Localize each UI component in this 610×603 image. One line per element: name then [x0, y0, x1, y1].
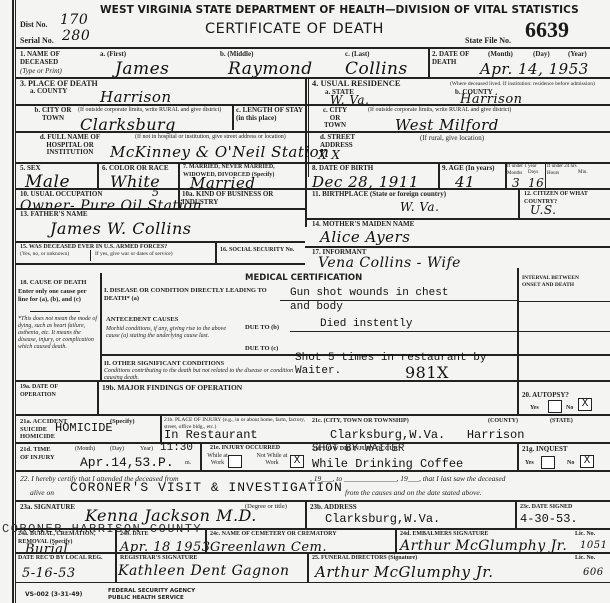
residence-note: (Where deceased lived. If institution: r…: [450, 81, 600, 88]
day-label: (Day): [533, 51, 550, 59]
divider: [15, 470, 610, 472]
divider: [15, 552, 610, 554]
how-overtype: SHOT BY WAITER: [312, 443, 404, 455]
funeral-lic-label: Lic. No.: [575, 555, 595, 563]
not-while-at-work-checkbox[interactable]: X: [290, 455, 304, 468]
cert-statement-2b: from the causes and on the date stated a…: [345, 489, 482, 497]
cause-a: Gun shot wounds in chest: [290, 287, 448, 299]
divider: [395, 528, 397, 552]
street: X X: [318, 148, 340, 162]
cause-note: *This does not mean the mode of dying, s…: [18, 316, 98, 351]
divider: [15, 414, 610, 416]
registrar-signature: Kathleen Dent Gagnon: [118, 563, 290, 579]
funeral-lic: 606: [583, 567, 604, 578]
divider: [115, 528, 117, 583]
date-of-death-label: 2. DATE OF DEATH: [432, 51, 472, 66]
divider: [178, 188, 180, 208]
divider: [15, 500, 610, 502]
not-while-at-work-label: Not While at Work: [256, 453, 288, 466]
injury-type: HOMICIDE: [55, 421, 113, 435]
disease-label: I. DISEASE OR CONDITION DIRECTLY LEADING…: [104, 287, 294, 302]
antecedent-note: Morbid conditions, if any, giving rise t…: [106, 326, 236, 340]
due-to-c-label: DUE TO (c): [245, 345, 278, 353]
injury-county-label: (COUNTY): [488, 418, 518, 426]
first-name: James: [115, 59, 169, 79]
divider: [307, 552, 309, 582]
while-at-work-label: While at Work: [205, 453, 230, 466]
name-sublabel: (Type or Print): [20, 68, 62, 76]
inquest-yes-label: Yes: [525, 460, 534, 468]
armed-forces-sub2: If yes, give war or dates of service): [95, 251, 173, 258]
birthplace-label: 11. BIRTHPLACE (State or foreign country…: [312, 191, 446, 199]
inquest-label: 21g. INQUEST: [522, 446, 568, 454]
dist-no: 170: [60, 12, 88, 28]
divider: [517, 301, 610, 302]
divider: [15, 241, 305, 243]
divider: [97, 380, 99, 414]
date-received-label: DATE REC'D BY LOCAL REG.: [18, 555, 113, 563]
residence-label: 4. USUAL RESIDENCE: [312, 80, 401, 88]
page-title: CERTIFICATE OF DEATH: [205, 21, 384, 37]
citizen: U.S.: [530, 203, 556, 217]
how-injury-occurred: While Drinking Coffee: [312, 457, 463, 471]
cause-b: Died instently: [320, 318, 412, 330]
city-note: (If outside corporate limits, write RURA…: [78, 107, 228, 114]
agency-title: WEST VIRGINIA STATE DEPARTMENT OF HEALTH…: [100, 4, 579, 16]
form-number: VS-002 (3-31-49): [25, 591, 82, 599]
address-label: 23b. ADDRESS: [310, 504, 357, 512]
divider: [290, 331, 517, 332]
divider: [15, 131, 610, 133]
business-label: 10a. KIND OF BUSINESS OR INDUSTRY: [182, 191, 302, 206]
street-note: (If rural, give location): [420, 135, 484, 142]
burial-date-label: 24b. DATE: [120, 531, 149, 539]
injury-place: In Restaurant: [164, 428, 258, 442]
cert-statement-2a: alive on: [30, 489, 54, 497]
father-label: 13. FATHER'S NAME: [20, 211, 88, 219]
funeral-director-label: 25. FUNERAL DIRECTORS (Signature): [312, 555, 417, 563]
divider: [15, 263, 305, 265]
last-label: c. (Last): [345, 51, 370, 59]
while-at-work-checkbox[interactable]: [228, 455, 242, 468]
time-year-label: Year): [140, 446, 153, 453]
attended-overtype: CORONER'S VISIT & INVESTIGATION: [70, 480, 343, 495]
embalmer-lic-label: Lic. No.: [575, 531, 595, 539]
dob-label: 8. DATE OF BIRTH: [312, 165, 373, 173]
autopsy-no-label: No: [566, 405, 573, 413]
registrar-signature-label: REGISTRAR'S SIGNATURE: [120, 555, 197, 563]
divider: [15, 582, 610, 583]
serial-label: Serial No.: [20, 37, 54, 45]
mother: Alice Ayers: [320, 228, 410, 246]
res-city-note: (If outside corporate limits, write RURA…: [368, 107, 511, 114]
time-suffix: m.: [185, 460, 191, 467]
state-file-label: State File No.: [465, 37, 511, 45]
armed-forces-sub1: (Yes, no, or unknown): [20, 251, 69, 258]
divider: [100, 273, 102, 380]
divider: [15, 47, 610, 49]
autopsy-no-checkbox[interactable]: X: [578, 398, 592, 411]
year-label: (Year): [568, 51, 587, 59]
street-label: d. STREET ADDRESS: [320, 134, 370, 149]
time-day-label: (Day): [110, 446, 124, 453]
hours-label: If under 24 hrs Hours: [547, 164, 579, 177]
inquest-yes-checkbox[interactable]: [541, 456, 555, 469]
divider: [15, 380, 610, 382]
injury-location: Clarksburg,W.Va. Harrison: [330, 428, 524, 442]
injury-type-specify: (Specify): [110, 418, 135, 426]
divider: [438, 162, 440, 188]
left-border-inner: [15, 0, 16, 603]
cemetery-label: 24c. NAME OF CEMETERY OR CREMATORY: [210, 531, 337, 539]
time-label: 21d. TIME OF INJURY: [20, 446, 60, 461]
address: Clarksburg,W.Va.: [325, 512, 440, 526]
divider: [15, 104, 610, 106]
stay-label: c. LENGTH OF STAY (in this place): [236, 107, 306, 122]
father: James W. Collins: [50, 219, 191, 238]
middle-label: b. (Middle): [220, 51, 253, 59]
hospital: McKinney & O'Neil Station: [110, 143, 329, 161]
due-to-b-label: DUE TO (b): [245, 324, 279, 332]
ssn-label: 16. SOCIAL SECURITY No.: [220, 247, 300, 255]
divider: [30, 311, 80, 312]
time-of-injury: Apr.14,53.P.: [80, 455, 174, 470]
res-city-label: c. CITY OR TOWN: [320, 107, 350, 130]
injury-location-label: 21c. (CITY, TOWN OR TOWNSHIP): [312, 418, 409, 426]
city-label: b. CITY OR TOWN: [33, 107, 73, 122]
divider: [90, 250, 91, 261]
cause-a2: and body: [290, 301, 343, 313]
divider: [160, 414, 162, 442]
inquest-no-label: No: [567, 460, 574, 468]
cause-instructions: Enter only one cause per line for (a), (…: [18, 288, 98, 303]
divider: [200, 442, 202, 470]
operation-findings-label: 19b. MAJOR FINDINGS OF OPERATION: [102, 384, 242, 392]
divider: [428, 47, 430, 77]
divider: [518, 188, 520, 218]
divider: [178, 162, 180, 188]
divider: [305, 500, 307, 528]
month-label: (Month): [488, 51, 513, 59]
other-conditions-label: II. OTHER SIGNIFICANT CONDITIONS: [104, 360, 224, 368]
last-name: Collins: [345, 59, 408, 79]
left-border: [12, 0, 14, 603]
middle-name: Raymond: [228, 59, 313, 79]
date-of-death: Apr. 14, 1953: [480, 60, 589, 78]
hospital-note: (If not in hospital or institution, give…: [135, 134, 286, 141]
divider: [232, 104, 234, 130]
divider: [215, 241, 217, 263]
hospital-label: d. FULL NAME OF HOSPITAL OR INSTITUTION: [30, 134, 110, 157]
cause-label: 18. CAUSE OF DEATH: [20, 279, 86, 287]
funeral-director-signature: Arthur McGlumphy Jr.: [315, 563, 494, 581]
serial-no: 280: [62, 28, 90, 44]
autopsy-label: 20. AUTOPSY?: [522, 392, 569, 400]
time-month-label: (Month): [75, 446, 95, 453]
divider: [517, 380, 519, 414]
state-file-no: 6639: [525, 17, 569, 43]
informant: Vena Collins - Wife: [318, 255, 461, 271]
medical-section-title: MEDICAL CERTIFICATION: [245, 275, 362, 283]
divider: [517, 442, 519, 470]
autopsy-yes-label: Yes: [530, 405, 539, 413]
date-signed-label: 23c. DATE SIGNED: [520, 504, 572, 512]
injury-occurred-label: 21e. INJURY OCCURRED: [210, 445, 280, 453]
interval-label: INTERVAL BETWEEN ONSET AND DEATH: [522, 275, 597, 288]
divider: [517, 331, 610, 332]
inquest-no-checkbox[interactable]: X: [580, 455, 594, 468]
divider: [97, 162, 99, 188]
min-label: Min.: [578, 170, 588, 177]
first-label: a. (First): [100, 51, 126, 59]
date-signed: 4-30-53.: [520, 512, 578, 526]
age-label: 9. AGE (In years): [442, 165, 495, 173]
county-label: a. COUNTY: [30, 88, 67, 96]
divider: [15, 528, 610, 530]
divider: [545, 162, 546, 188]
time-hour: 11:30: [160, 442, 193, 454]
dist-label: Dist No.: [20, 21, 48, 29]
embalmer-lic: 1051: [580, 540, 607, 551]
antecedent-label: ANTECEDENT CAUSES: [106, 316, 178, 324]
birthplace: W. Va.: [400, 200, 439, 214]
injury-state-label: (STATE): [550, 418, 573, 426]
signature-label: 23a. SIGNATURE: [20, 504, 75, 512]
divider: [205, 528, 207, 552]
date-received: 5-16-53: [22, 566, 76, 581]
name-label: 1. NAME OF DECEASED: [20, 51, 80, 66]
footer-agency-2: PUBLIC HEALTH SERVICE: [108, 595, 184, 603]
divider: [515, 500, 517, 528]
operation-date-label: 19a. DATE OF OPERATION: [20, 384, 75, 399]
autopsy-yes-checkbox[interactable]: [548, 400, 562, 413]
